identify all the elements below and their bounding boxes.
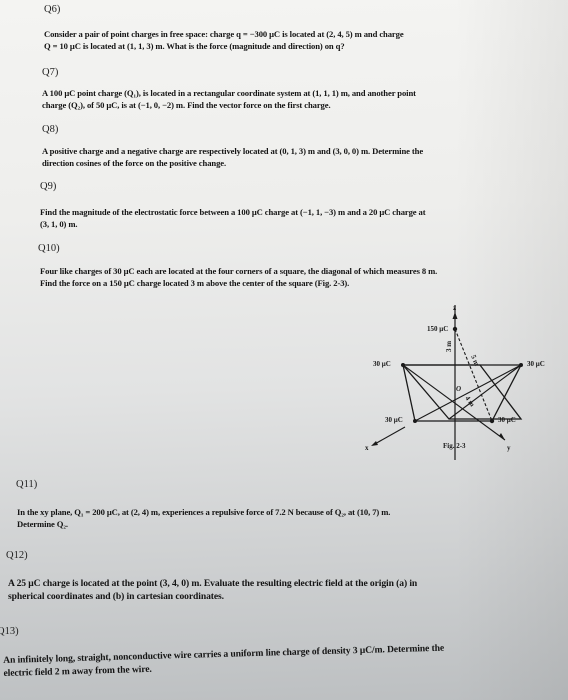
label-corner-bl: 30 μC [385,416,403,424]
question-label-q7: Q7) [42,67,58,78]
question-line: Find the force on a 150 μC charge locate… [40,278,437,290]
question-text-q11: In the xy plane, Q₁ = 200 μC, at (2, 4) … [17,507,390,530]
axis-label-z: z [453,304,456,312]
label-origin: O [456,385,461,393]
question-label-q10: Q10) [38,243,60,254]
question-text-q13: An infinitely long, straight, nonconduct… [3,642,445,680]
question-label-q12: Q12) [6,550,28,561]
question-line: spherical coordinates and (b) in cartesi… [8,590,417,603]
question-line: Determine Q₂. [17,519,390,531]
question-text-q10: Four like charges of 30 μC each are loca… [40,266,437,289]
question-text-q7: A 100 μC point charge (Q₁), is located i… [42,88,416,111]
question-line: Four like charges of 30 μC each are loca… [40,266,437,278]
question-line: (3, 1, 0) m. [40,219,426,231]
label-corner-br: 30 μC [498,416,516,424]
question-line: charge (Q₂), of 50 μC, is at (−1, 0, −2)… [42,100,416,112]
question-line: A positive charge and a negative charge … [42,146,423,158]
question-label-q11: Q11) [16,479,37,490]
question-label-q6: Q6) [44,4,60,15]
question-text-q12: A 25 μC charge is located at the point (… [8,577,417,603]
label-corner-tl: 30 μC [373,360,391,368]
question-line: Consider a pair of point charges in free… [44,29,404,41]
question-text-q8: A positive charge and a negative charge … [42,146,423,169]
question-text-q9: Find the magnitude of the electrostatic … [40,207,426,230]
figure-2-3: z 150 μC x y [355,300,555,475]
question-line: A 25 μC charge is located at the point (… [8,577,417,590]
axis-label-y: y [507,444,511,452]
label-150uc: 150 μC [427,325,448,333]
question-text-q6: Consider a pair of point charges in free… [44,29,404,52]
question-label-q8: Q8) [42,124,58,135]
charge-square-diagram: z 150 μC x y [355,300,555,475]
document-page: Q6) Consider a pair of point charges in … [0,0,568,700]
figure-caption: Fig. 2-3 [443,442,466,450]
question-label-q13: Q13) [0,626,19,637]
question-line: Find the magnitude of the electrostatic … [40,207,426,219]
label-corner-tr: 30 μC [527,360,545,368]
question-label-q9: Q9) [40,181,56,192]
question-line: In the xy plane, Q₁ = 200 μC, at (2, 4) … [17,507,390,519]
question-line: Q = 10 μC is located at (1, 1, 3) m. Wha… [44,41,404,53]
question-line: direction cosines of the force on the po… [42,158,423,170]
question-line: A 100 μC point charge (Q₁), is located i… [42,88,416,100]
label-3m: 3 m [445,341,453,352]
axis-label-x: x [365,444,369,452]
